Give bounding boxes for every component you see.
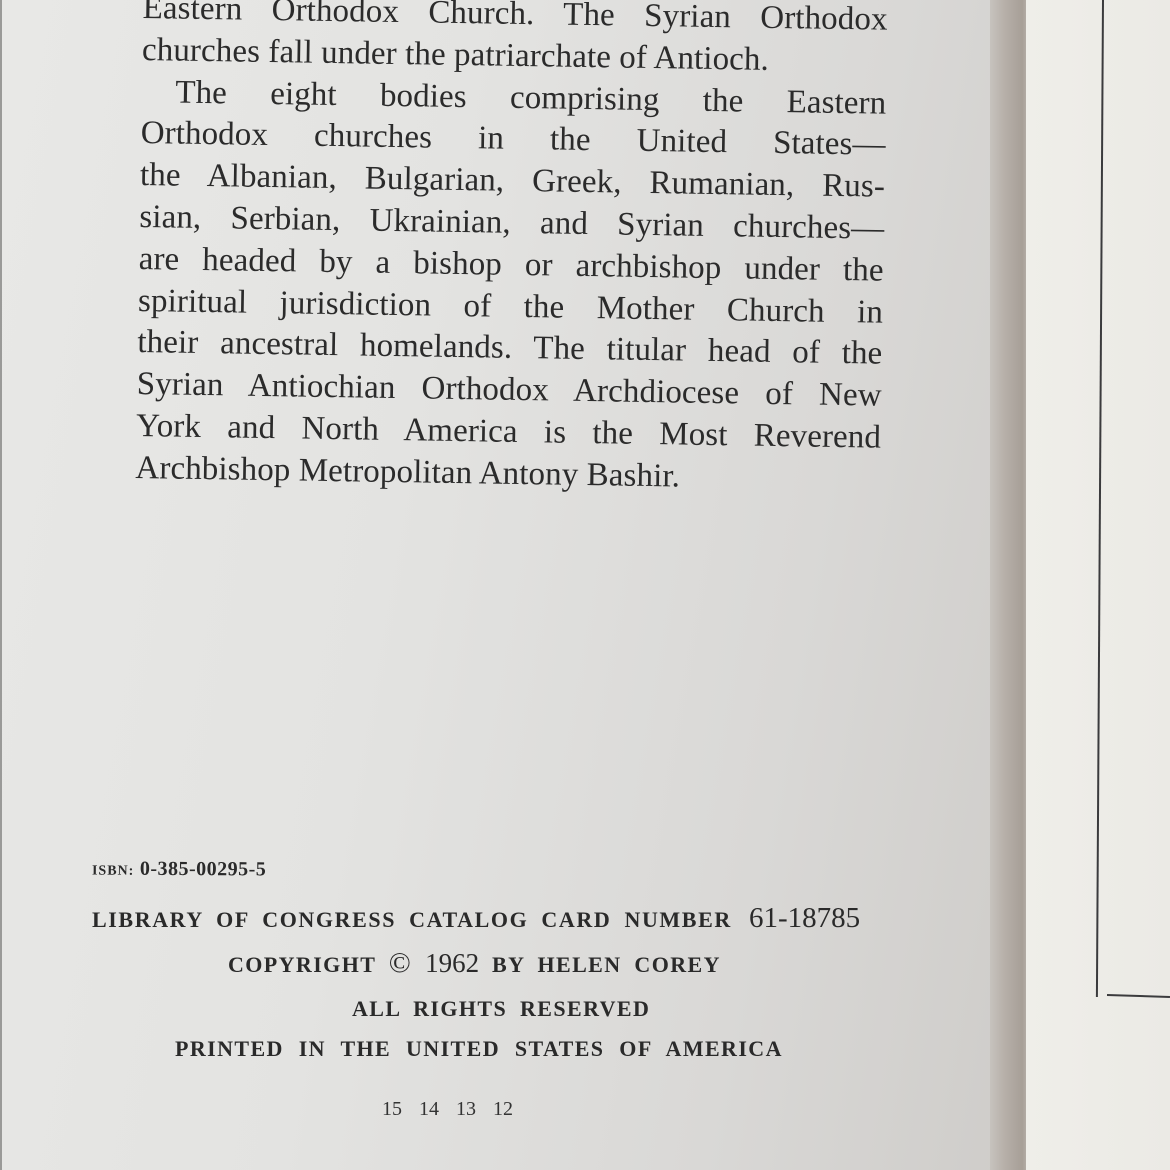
copyright-year: 1962 <box>425 948 479 978</box>
copyright-line: COPYRIGHT © 1962 BY HELEN COREY <box>228 947 721 980</box>
isbn-value: 0-385-00295-5 <box>140 858 267 881</box>
printing-number-line: 15 14 13 12 <box>382 1098 513 1121</box>
printed-in: PRINTED IN THE UNITED STATES OF AMERICA <box>175 1036 783 1062</box>
isbn-label: ISBN: <box>92 864 134 879</box>
loc-catalog-line: LIBRARY OF CONGRESS CATALOG CARD NUMBER … <box>92 902 860 935</box>
loc-label: LIBRARY OF CONGRESS CATALOG CARD NUMBER <box>92 907 732 932</box>
book-photo: Eastern Orthodox Church. The Syrian Orth… <box>0 0 1170 1170</box>
rights-reserved: ALL RIGHTS RESERVED <box>352 996 650 1022</box>
copyright-colophon: ISBN: 0-385-00295-5 LIBRARY OF CONGRESS … <box>0 0 1000 1170</box>
copyright-prefix: COPYRIGHT <box>228 952 376 977</box>
isbn-line: ISBN: 0-385-00295-5 <box>92 858 266 882</box>
copyright-symbol-icon: © <box>389 947 412 979</box>
loc-number: 61-18785 <box>749 902 860 934</box>
copyright-holder: BY HELEN COREY <box>492 952 721 977</box>
